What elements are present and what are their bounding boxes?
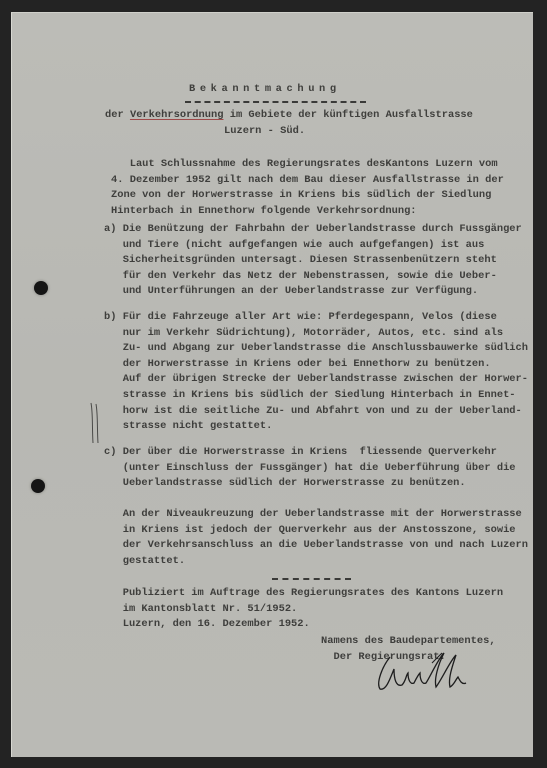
text-line: c) Der über die Horwerstrasse in Kriens …: [104, 445, 516, 461]
text-line: strasse nicht gestattet.: [104, 419, 528, 435]
subtitle-underlined-word: Verkehrsordnung: [130, 109, 224, 121]
text-line: der Verkehrsanschluss an die Ueberlandst…: [104, 538, 528, 554]
text-line: An der Niveaukreuzung der Ueberlandstras…: [104, 507, 528, 523]
text-line: strasse in Kriens bis südlich der Siedlu…: [104, 388, 528, 404]
margin-mark-icon: [88, 401, 102, 445]
text-line: in Kriens ist jedoch der Querverkehr aus…: [104, 523, 528, 539]
text-line: gestattet.: [104, 554, 528, 570]
subtitle-prefix: der: [105, 109, 130, 121]
section-a: a) Die Benützung der Fahrbahn der Ueberl…: [104, 222, 522, 300]
text-line: Auf der übrigen Strecke der Ueberlandstr…: [104, 372, 528, 388]
text-line: (unter Einschluss der Fussgänger) hat di…: [104, 461, 516, 477]
section-c: c) Der über die Horwerstrasse in Kriens …: [104, 445, 516, 492]
punch-hole-top: [34, 281, 48, 295]
document-title: Bekanntmachung: [189, 82, 341, 98]
text-line: Luzern, den 16. Dezember 1952.: [104, 617, 503, 633]
title-underline: [185, 101, 366, 103]
punch-hole-bottom: [31, 479, 45, 493]
text-line: der Horwerstrasse in Kriens oder bei Enn…: [104, 357, 528, 373]
text-line: Hinterbach in Ennethorw folgende Verkehr…: [111, 204, 504, 220]
text-line: a) Die Benützung der Fahrbahn der Ueberl…: [104, 222, 522, 238]
text-line: Zu- und Abgang zur Ueberlandstrasse die …: [104, 341, 528, 357]
section-divider: [272, 578, 351, 580]
text-line: Zone von der Horwerstrasse in Kriens bis…: [111, 188, 504, 204]
text-line: nur im Verkehr Südrichtung), Motorräder,…: [104, 326, 528, 342]
text-line: b) Für die Fahrzeuge aller Art wie: Pfer…: [104, 310, 528, 326]
text-line: für den Verkehr das Netz der Nebenstrass…: [104, 269, 522, 285]
handwritten-signature-icon: [372, 649, 472, 695]
publication-block: Publiziert im Auftrage des Regierungsrat…: [104, 586, 503, 633]
text-line: Laut Schlussnahme des Regierungsrates de…: [111, 157, 504, 173]
subtitle-suffix: im Gebiete der künftigen Ausfallstrasse: [223, 109, 472, 121]
section-c-note: An der Niveaukreuzung der Ueberlandstras…: [104, 507, 528, 569]
text-line: und Unterführungen an der Ueberlandstras…: [104, 284, 522, 300]
text-line: im Kantonsblatt Nr. 51/1952.: [104, 602, 503, 618]
text-line: 4. Dezember 1952 gilt nach dem Bau diese…: [111, 173, 504, 189]
text-line: horw ist die seitliche Zu- und Abfahrt v…: [104, 404, 528, 420]
text-line: und Tiere (nicht aufgefangen wie auch au…: [104, 238, 522, 254]
signature-line: Namens des Baudepartementes,: [321, 634, 496, 650]
document-page: Bekanntmachung der Verkehrsordnung im Ge…: [11, 12, 533, 757]
document-subtitle-line2: Luzern - Süd.: [224, 124, 305, 140]
intro-paragraph: Laut Schlussnahme des Regierungsrates de…: [111, 157, 504, 219]
document-subtitle: der Verkehrsordnung im Gebiete der künft…: [105, 108, 473, 124]
section-b: b) Für die Fahrzeuge aller Art wie: Pfer…: [104, 310, 528, 435]
text-line: Publiziert im Auftrage des Regierungsrat…: [104, 586, 503, 602]
text-line: Sicherheitsgründen untersagt. Diesen Str…: [104, 253, 522, 269]
text-line: Ueberlandstrasse südlich der Horwerstras…: [104, 476, 516, 492]
